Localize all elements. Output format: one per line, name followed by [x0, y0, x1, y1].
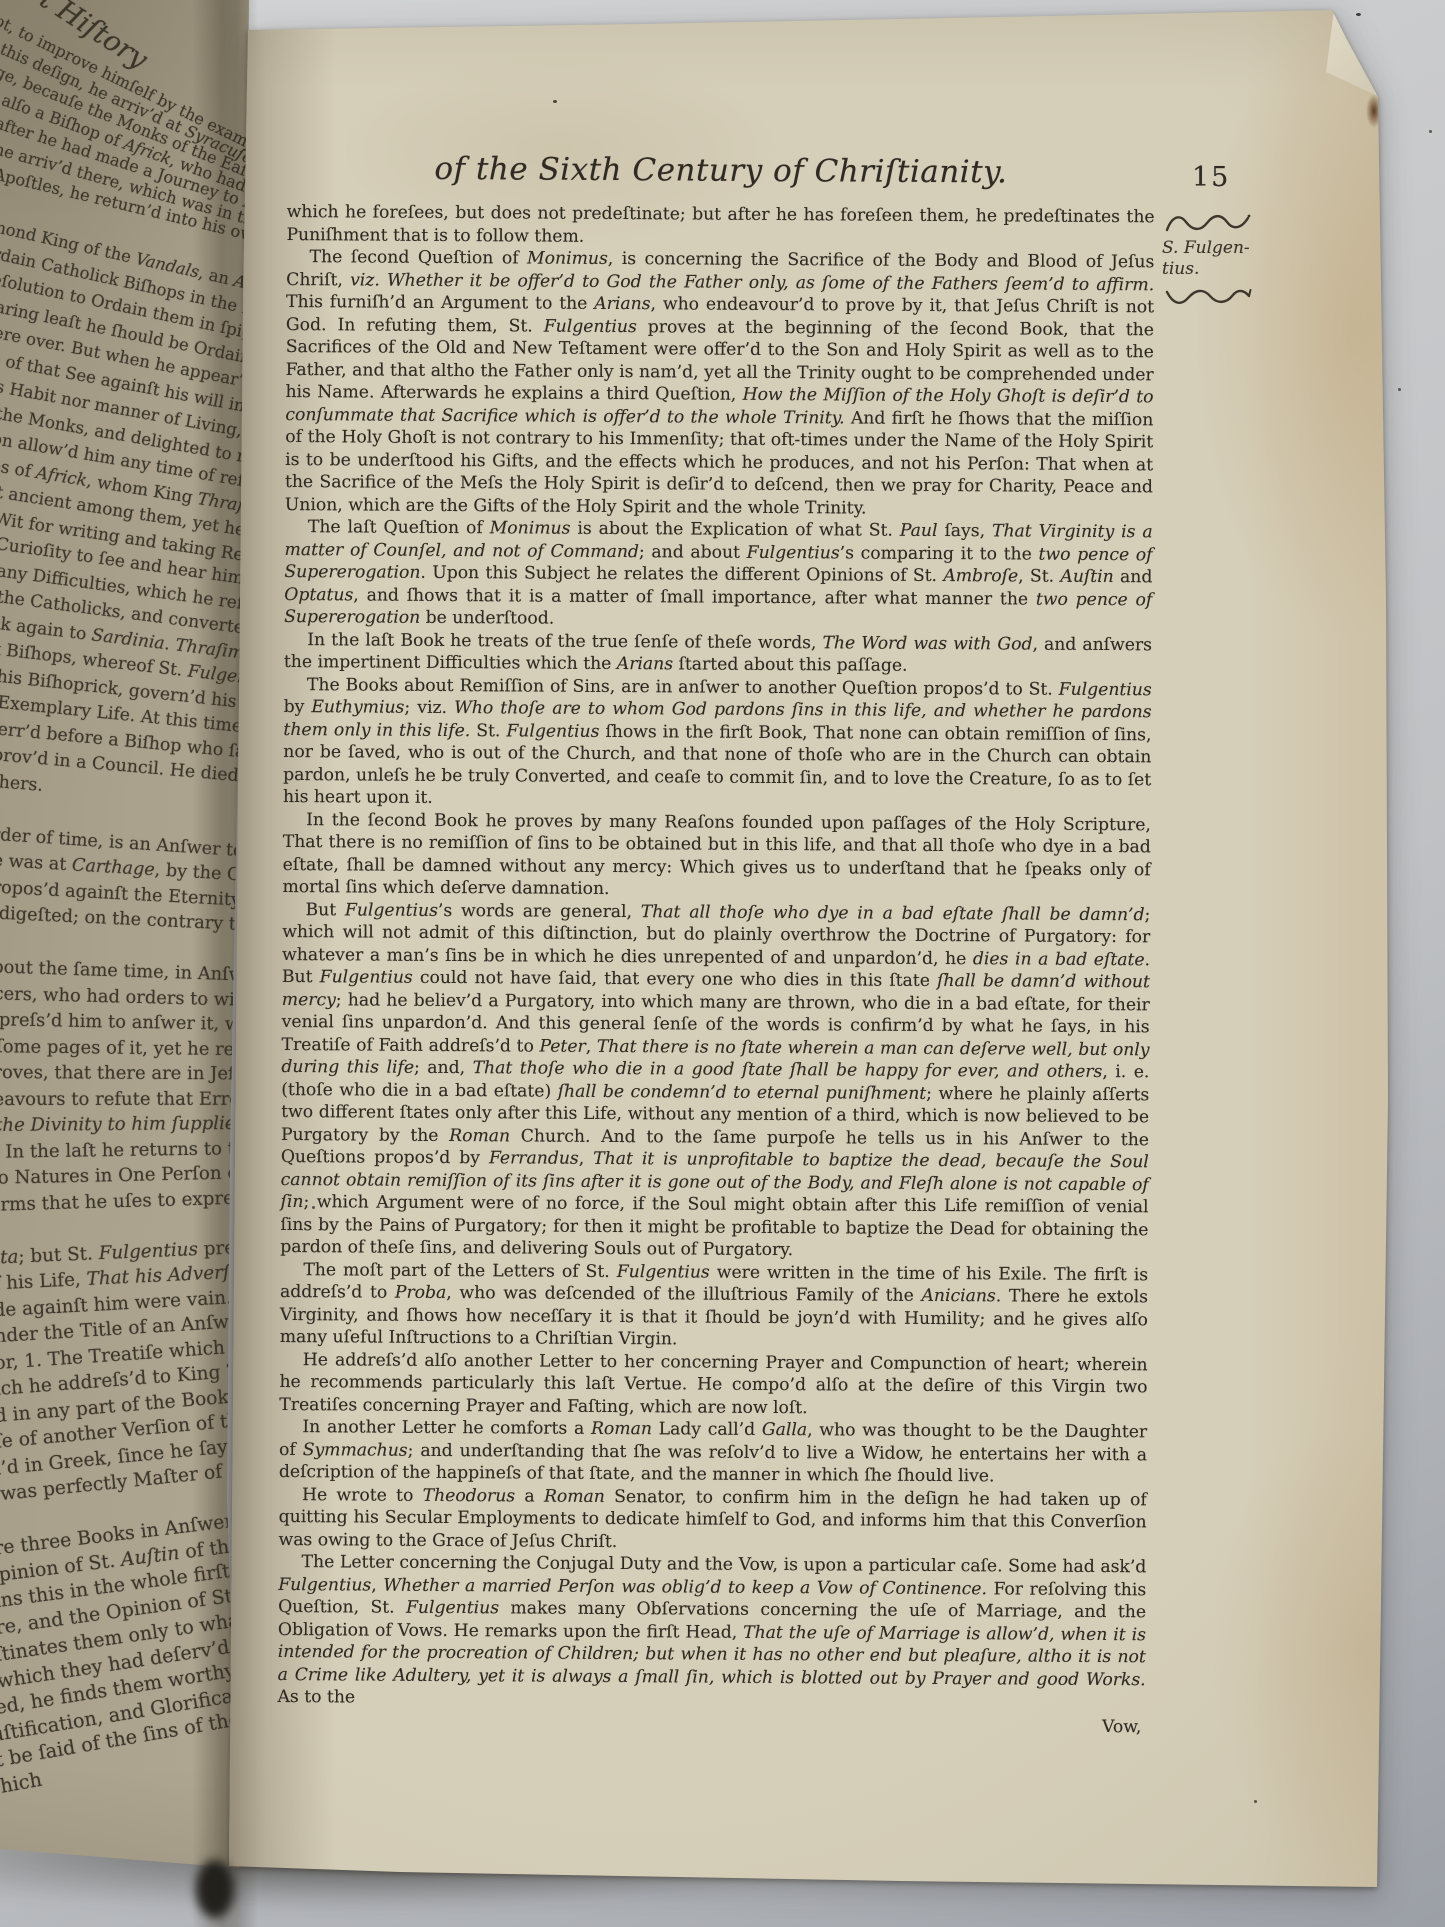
body-text: which he foreſees, but does not predeſti…	[277, 201, 1154, 1714]
paragraph: He wrote to Theodorus a Roman Senator, t…	[278, 1483, 1146, 1556]
paragraph: But Fulgentius’s words are general, That…	[280, 898, 1150, 1263]
dust-speck	[1398, 388, 1401, 391]
margin-note-line: S. Fulgen-	[1162, 238, 1292, 259]
paragraph: The ſecond Queſtion of Monimus, is conce…	[285, 246, 1155, 521]
page-title: of the Sixth Century of Chriſtianity.	[287, 150, 1155, 191]
paragraph: which he foreſees, but does not predeſti…	[286, 201, 1154, 251]
paragraph: In another Letter he comforts a Roman La…	[279, 1416, 1147, 1489]
paragraph: In the laſt Book he treats of the true ſ…	[284, 628, 1152, 678]
text-block: of the Sixth Century of Chriſtianity. wh…	[277, 150, 1155, 1738]
photo-backdrop: { "colors":{"paper":"#d5ceb8","facing_pa…	[0, 0, 1445, 1927]
paragraph: The moſt part of the Letters of St. Fulg…	[280, 1258, 1149, 1353]
page-number: 15	[1192, 162, 1230, 193]
book-page: 15 S. Fulgen- tius. of the Sixth Century…	[0, 0, 1445, 1927]
paragraph: The Letter concerning the Conjugal Duty …	[277, 1551, 1146, 1714]
ink-speck	[312, 1206, 315, 1209]
margin-note-line: tius.	[1162, 259, 1292, 280]
wavy-rule-icon	[1164, 282, 1252, 308]
paragraph: The Books about Remiſſion of Sins, are i…	[283, 673, 1152, 813]
paragraph: In the ſecond Book he proves by many Rea…	[282, 808, 1151, 903]
ink-speck	[1254, 1800, 1257, 1803]
dust-speck	[1356, 13, 1361, 16]
wavy-rule-icon	[1164, 210, 1252, 236]
dust-speck	[1429, 130, 1432, 133]
page-shadow-wrap: 15 S. Fulgen- tius. of the Sixth Century…	[0, 0, 1445, 1927]
gutter-bottom-shadow	[196, 1860, 234, 1918]
paragraph: The laſt Queſtion of Monimus is about th…	[284, 516, 1153, 634]
edge-stain	[1366, 94, 1382, 128]
ink-speck	[553, 100, 557, 103]
paragraph: He addreſs’d alſo another Letter to her …	[279, 1348, 1147, 1421]
margin-note: S. Fulgen- tius.	[1162, 208, 1292, 310]
